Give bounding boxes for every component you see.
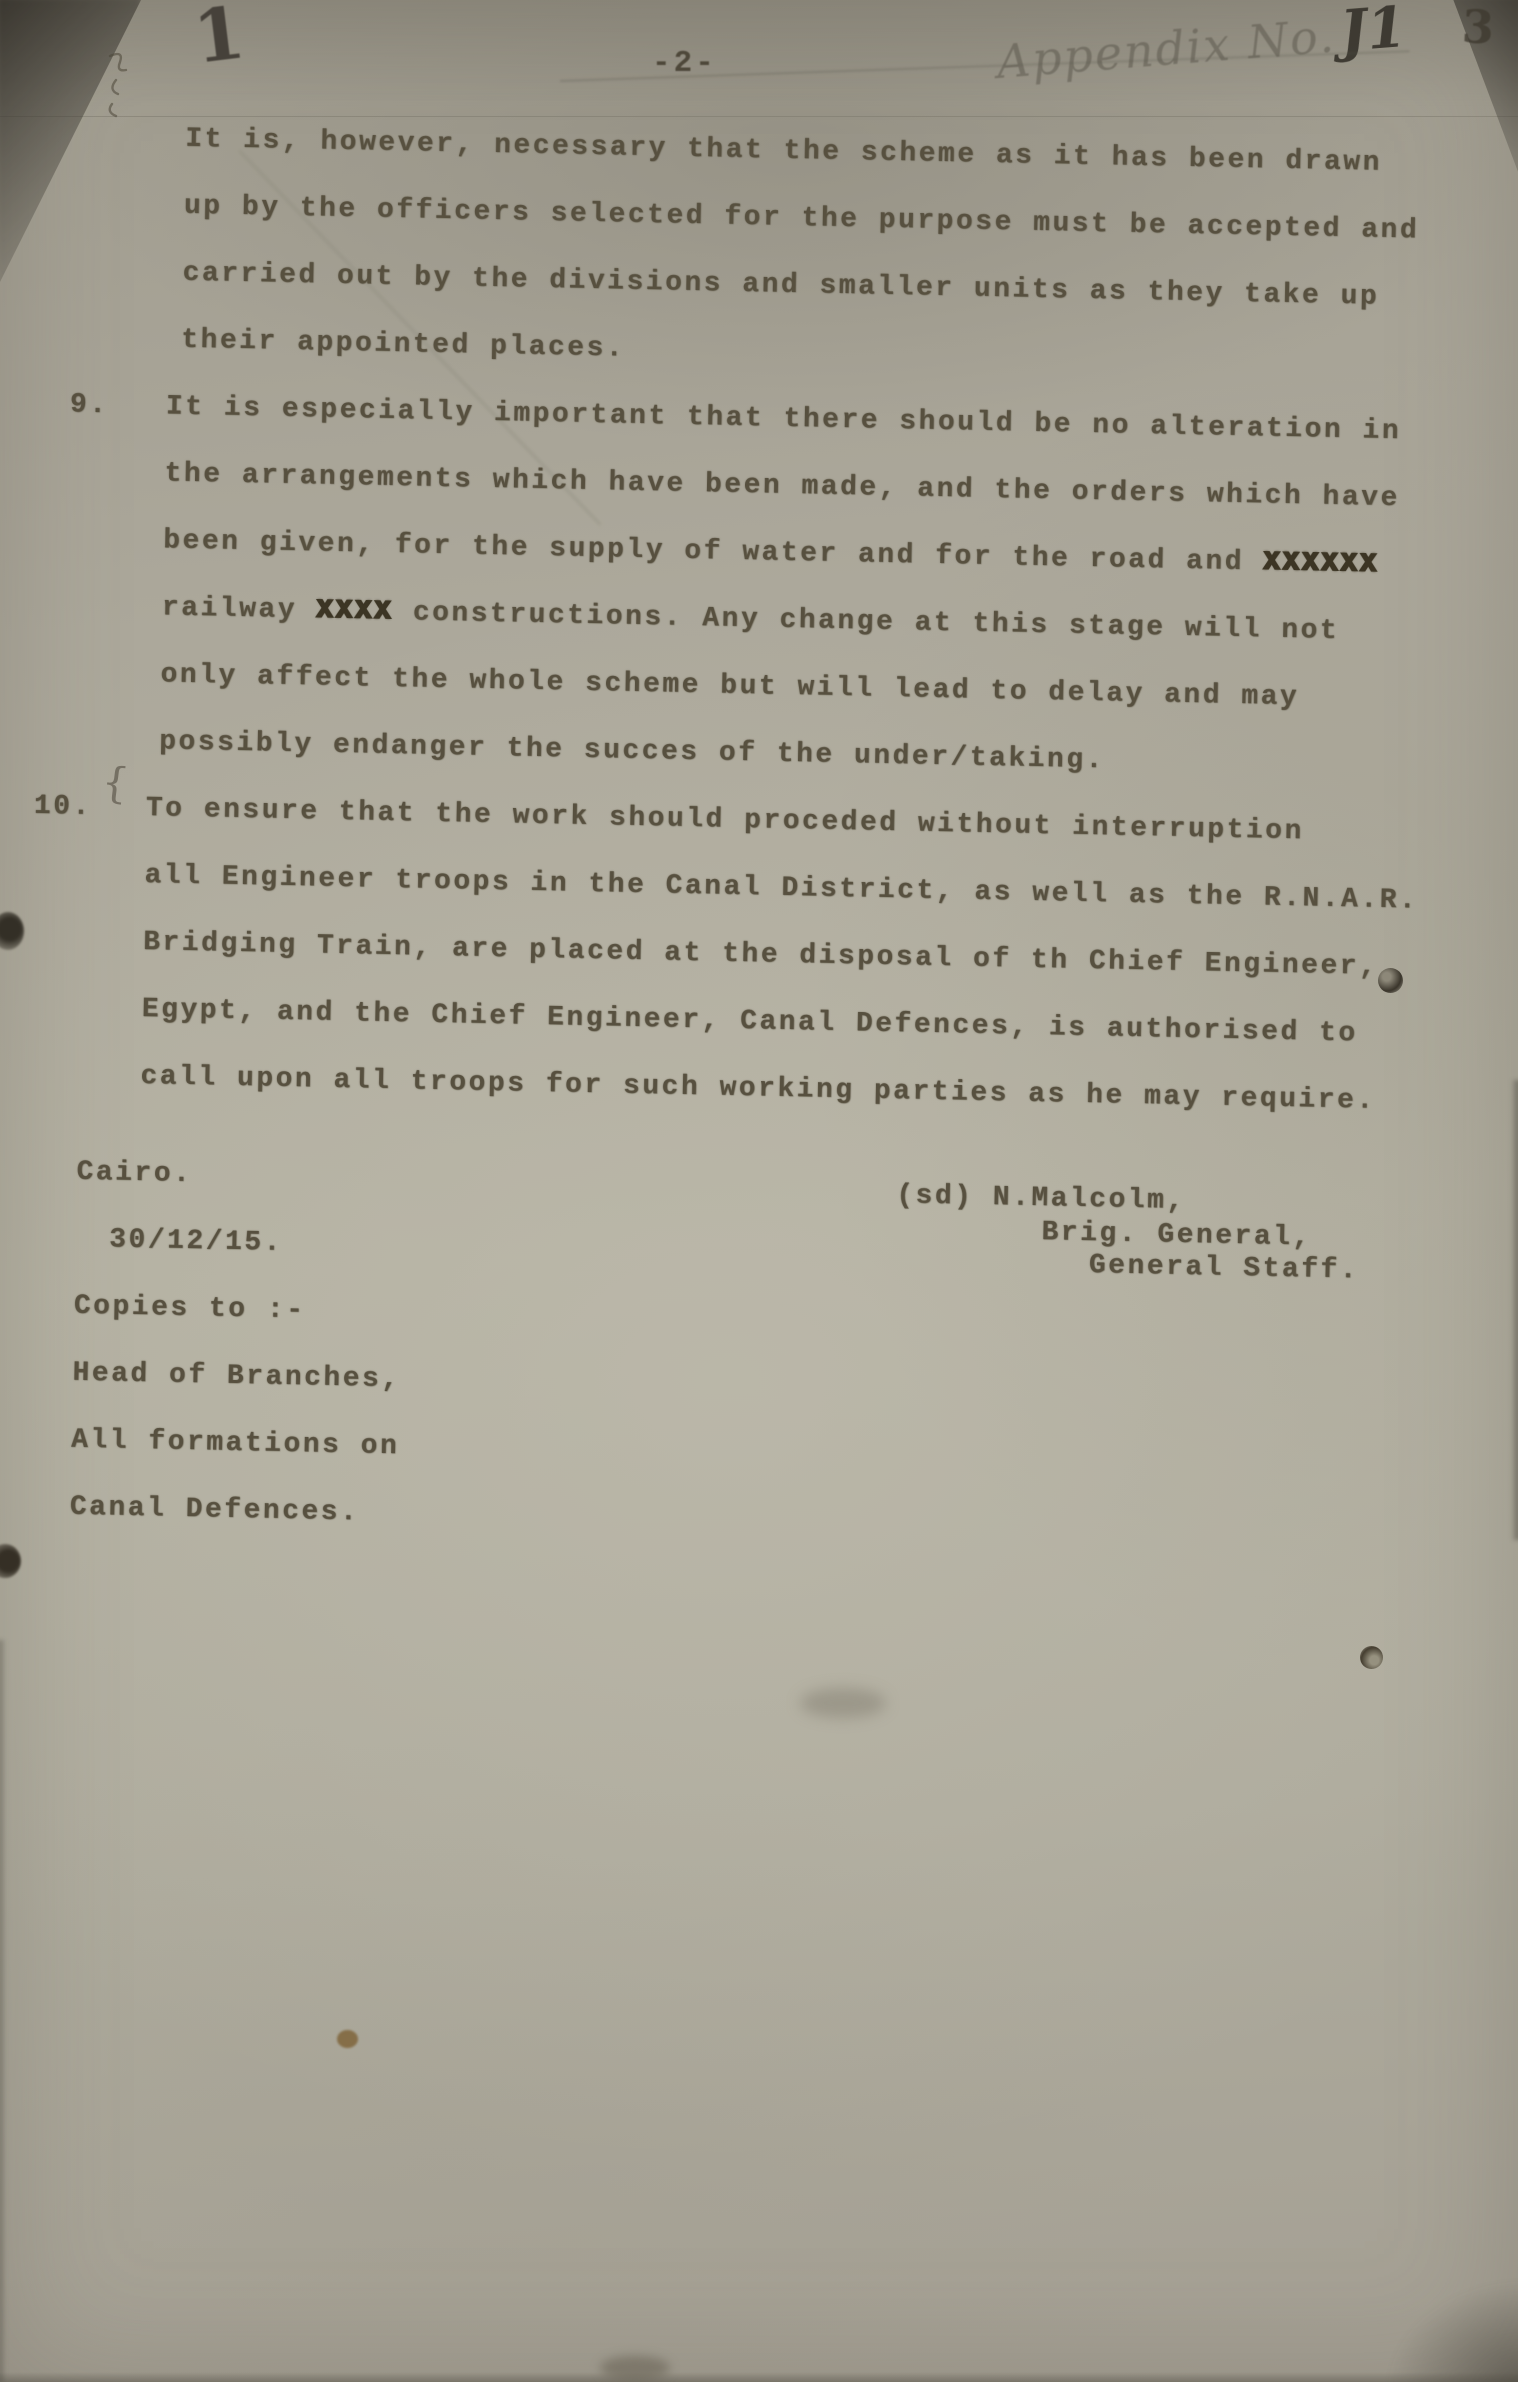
overstrike-deletion: XXXXXX: [1263, 547, 1379, 580]
brown-stain: [337, 2030, 358, 2048]
overstrike-deletion: XXXX: [316, 595, 394, 628]
paragraph-number: 10.: [33, 773, 92, 841]
typed-line-text: To ensure that the work should proceded …: [146, 793, 1305, 847]
scan-shadow-bottom-right: [1386, 2280, 1518, 2382]
typed-line-text: constructions. Any change at this stage …: [393, 597, 1339, 647]
smudge-mark-bottom: [600, 2356, 670, 2380]
scanned-document-page: 1 -2- Appendix No. J1 3 { It is, however…: [0, 0, 1518, 2382]
appendix-stamp-number: J1: [1338, 0, 1408, 65]
corner-page-number: 3: [1461, 0, 1496, 55]
handwritten-page-index: 1: [189, 0, 249, 80]
typed-text-block: It is, however, necessary that the schem…: [119, 105, 1488, 1569]
ink-dot-right-lower: [1360, 1646, 1383, 1669]
typed-line-text: been given, for the supply of water and …: [163, 525, 1264, 578]
scan-shadow-left-edge: [0, 1640, 6, 2382]
smudge-mark: [800, 1688, 886, 1718]
paragraph-number: 9.: [69, 372, 109, 440]
signature-office: General Staff.: [1088, 1232, 1360, 1304]
typed-line-text: railway: [162, 592, 317, 626]
typed-line-text: It is especially important that there sh…: [166, 391, 1402, 447]
scan-shadow-right-edge: [1511, 1080, 1518, 1540]
scan-shadow-bottom-edge: [0, 2372, 1518, 2382]
